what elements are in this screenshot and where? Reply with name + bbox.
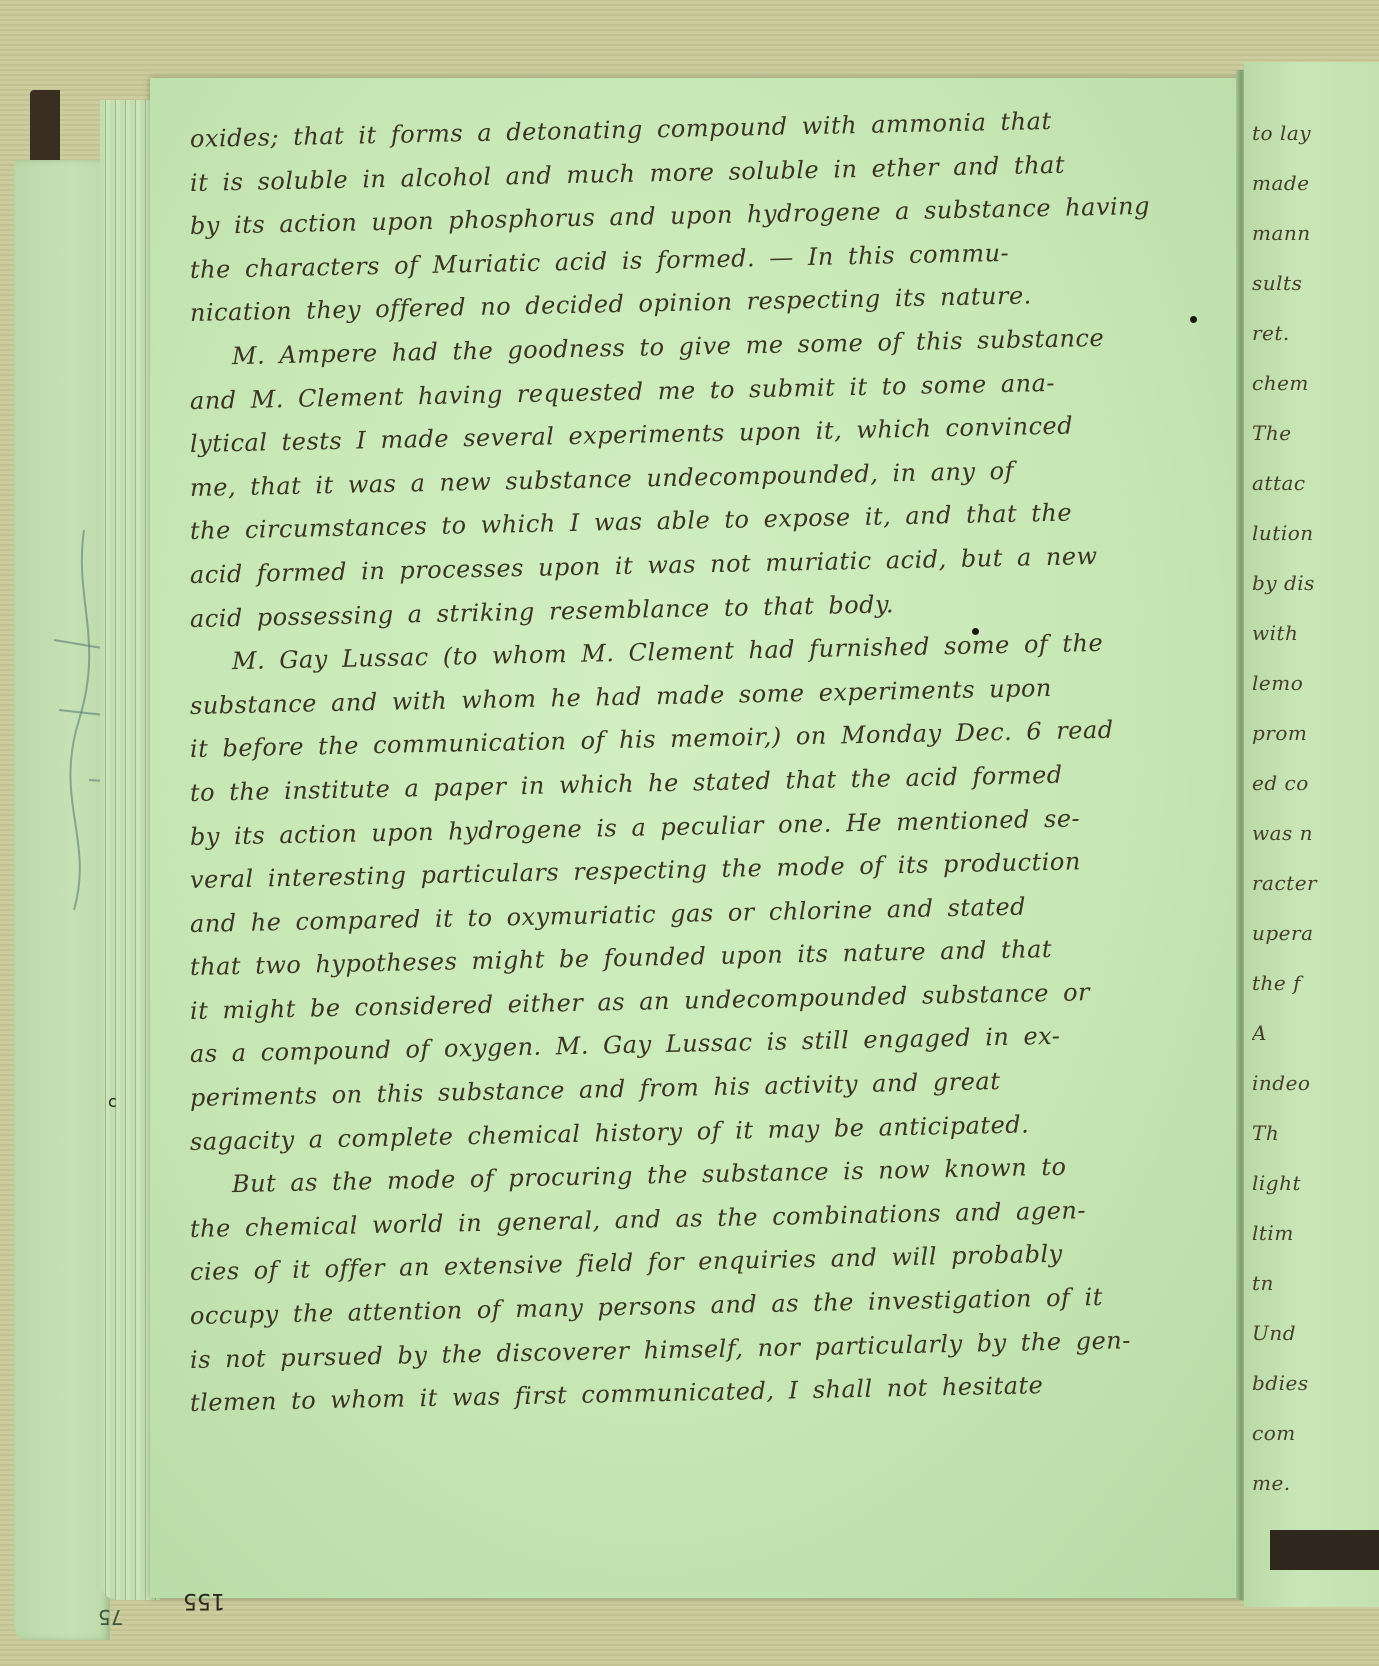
fragment: The	[1252, 408, 1377, 458]
fragment: racter	[1252, 858, 1377, 908]
loose-flyleaf	[14, 160, 110, 1640]
fragment: lemo	[1252, 658, 1377, 708]
fragment: ed co	[1252, 758, 1377, 808]
book-binding-right	[1270, 1530, 1379, 1570]
fragment: indeo	[1252, 1058, 1377, 1108]
fragment: prom	[1252, 708, 1377, 758]
fragment: was n	[1252, 808, 1377, 858]
manuscript-scan: oxides; that it forms a detonating compo…	[0, 0, 1379, 1666]
fragment: lution	[1252, 508, 1377, 558]
fragment: A	[1252, 1008, 1377, 1058]
fragment: attac	[1252, 458, 1377, 508]
fragment: tn	[1252, 1258, 1377, 1308]
fragment: Und	[1252, 1308, 1377, 1358]
page-number: 155	[183, 1588, 225, 1613]
facing-page-text: to lay made mann sults ret. chem The att…	[1252, 108, 1377, 1508]
folio-mark: 75	[98, 1605, 123, 1629]
fragment: ret.	[1252, 308, 1377, 358]
fragment: mann	[1252, 208, 1377, 258]
fragment: upera	[1252, 908, 1377, 958]
fragment: sults	[1252, 258, 1377, 308]
fragment: made	[1252, 158, 1377, 208]
fragment: to lay	[1252, 108, 1377, 158]
fragment: Th	[1252, 1108, 1377, 1158]
fragment: chem	[1252, 358, 1377, 408]
edge-mark: c	[108, 1092, 117, 1111]
fragment: by dis	[1252, 558, 1377, 608]
fragment: light	[1252, 1158, 1377, 1208]
fragment: ltim	[1252, 1208, 1377, 1258]
fragment: me.	[1252, 1458, 1377, 1508]
fragment: com	[1252, 1408, 1377, 1458]
manuscript-text: oxides; that it forms a detonating compo…	[190, 118, 1250, 1426]
fragment: the f	[1252, 958, 1377, 1008]
fragment: with	[1252, 608, 1377, 658]
fragment: bdies	[1252, 1358, 1377, 1408]
